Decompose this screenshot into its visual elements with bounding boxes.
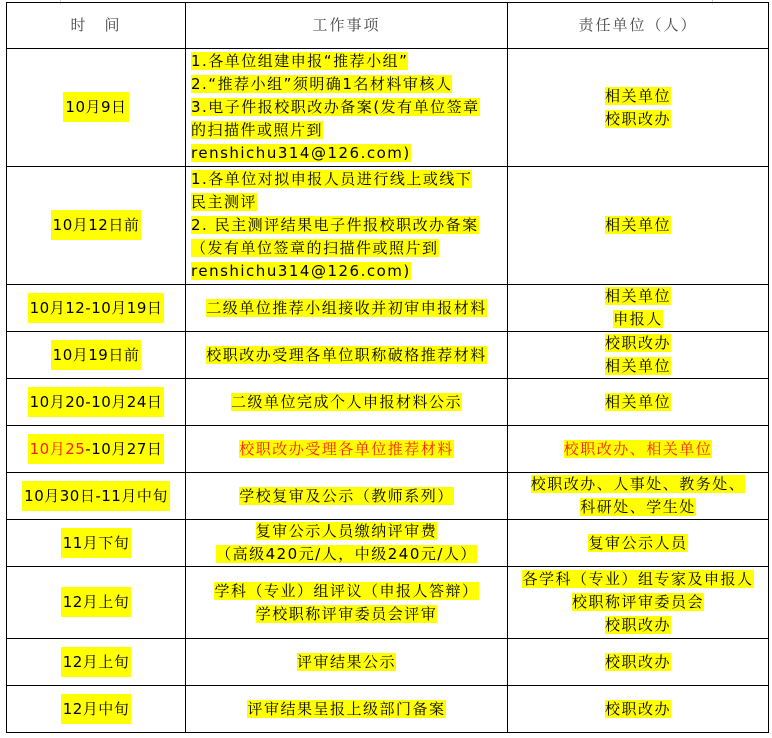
task-line-text: 评审结果公示 <box>297 653 396 671</box>
owner-line: 科研处、学生处 <box>508 496 768 519</box>
cell-owner: 复审公示人员 <box>508 520 769 567</box>
cell-owner: 校职改办、人事处、教务处、科研处、学生处 <box>508 473 769 520</box>
owner-line-text: 校职改办、相关单位 <box>564 440 713 458</box>
time-text: 10月9日 <box>63 92 128 122</box>
cell-time: 10月9日 <box>7 49 186 167</box>
owner-line: 相关单位 <box>508 355 768 378</box>
table-row: 10月30日-11月中旬学校复审及公示（教师系列）校职改办、人事处、教务处、科研… <box>7 473 769 520</box>
task-line-text: renshichu314@126.com) <box>191 144 411 162</box>
task-line-text: （高级420元/人，中级240元/人） <box>216 545 477 563</box>
task-line-text: 学科（专业）组评议（申报人答辩） <box>214 582 478 600</box>
cell-task: 二级单位完成个人申报材料公示 <box>186 379 508 426</box>
owner-line: 校职改办 <box>508 614 768 637</box>
cell-time: 12月中旬 <box>7 686 186 733</box>
owner-line: 相关单位 <box>508 214 768 237</box>
task-line-text: 二级单位推荐小组接收并初审申报材料 <box>206 299 487 317</box>
cell-time: 12月上旬 <box>7 639 186 686</box>
task-line: 校职改办受理各单位推荐材料 <box>186 438 507 461</box>
task-line-text: 二级单位完成个人申报材料公示 <box>231 393 462 411</box>
task-line-text: 3.电子件报校职改办备案(发有单位签章 <box>191 98 480 116</box>
owner-line: 校职改办 <box>508 332 768 355</box>
owner-line: 相关单位 <box>508 391 768 414</box>
task-line-text: renshichu314@126.com) <box>191 262 411 280</box>
owner-line-text: 相关单位 <box>605 393 671 411</box>
table-row: 10月12日前1.各单位对拟申报人员进行线上或线下民主测评2. 民主测评结果电子… <box>7 167 769 285</box>
task-line: 评审结果公示 <box>186 651 507 674</box>
owner-line-text: 校职改办 <box>605 110 671 128</box>
time-text: 10月12日前 <box>51 210 142 240</box>
task-line: （发有单位签章的扫描件或照片到 <box>191 237 507 260</box>
table-row: 12月上旬学科（专业）组评议（申报人答辩）学校职称评审委员会评审各学科（专业）组… <box>7 567 769 639</box>
header-row: 时 间 工作事项 责任单位（人） <box>7 3 769 49</box>
cell-task: 1.各单位对拟申报人员进行线上或线下民主测评2. 民主测评结果电子件报校职改办备… <box>186 167 508 285</box>
owner-line: 相关单位 <box>508 85 768 108</box>
task-line: 学校职称评审委员会评审 <box>186 603 507 626</box>
cell-owner: 相关单位申报人 <box>508 285 769 332</box>
cell-time: 10月19日前 <box>7 332 186 379</box>
task-line: renshichu314@126.com) <box>191 260 507 283</box>
cell-time: 11月下旬 <box>7 520 186 567</box>
cell-task: 二级单位推荐小组接收并初审申报材料 <box>186 285 508 332</box>
owner-line: 校职称评审委员会 <box>508 591 768 614</box>
task-line-text: 1.各单位对拟申报人员进行线上或线下 <box>191 170 472 188</box>
cell-owner: 校职改办 <box>508 686 769 733</box>
task-line: 校职改办受理各单位职称破格推荐材料 <box>186 344 507 367</box>
owner-line-text: 校职称评审委员会 <box>572 593 704 611</box>
owner-line-text: 申报人 <box>613 310 663 328</box>
owner-line-text: 科研处、学生处 <box>580 498 696 516</box>
task-line-text: （发有单位签章的扫描件或照片到 <box>191 239 439 257</box>
task-line: 评审结果呈报上级部门备案 <box>186 698 507 721</box>
task-line-text: 学校职称评审委员会评审 <box>256 605 438 623</box>
header-owner: 责任单位（人） <box>508 3 769 49</box>
owner-line-text: 相关单位 <box>605 216 671 234</box>
time-text-part: -10月27日 <box>85 440 162 458</box>
time-text: 10月12-10月19日 <box>28 293 165 323</box>
cell-owner: 校职改办相关单位 <box>508 332 769 379</box>
cell-task: 1.各单位组建申报“推荐小组”2.“推荐小组”须明确1名材料审核人3.电子件报校… <box>186 49 508 167</box>
table-row: 10月9日1.各单位组建申报“推荐小组”2.“推荐小组”须明确1名材料审核人3.… <box>7 49 769 167</box>
owner-line-text: 相关单位 <box>605 357 671 375</box>
task-line-text: 2. 民主测评结果电子件报校职改办备案 <box>191 216 479 234</box>
cell-task: 学校复审及公示（教师系列） <box>186 473 508 520</box>
task-line-text: 2.“推荐小组”须明确1名材料审核人 <box>191 75 452 93</box>
time-text-part: 10月25 <box>30 440 86 458</box>
cell-time: 10月25-10月27日 <box>7 426 186 473</box>
table-row: 10月19日前校职改办受理各单位职称破格推荐材料校职改办相关单位 <box>7 332 769 379</box>
cell-owner: 校职改办、相关单位 <box>508 426 769 473</box>
owner-line: 各学科（专业）组专家及申报人 <box>508 568 768 591</box>
schedule-table: 时 间 工作事项 责任单位（人） 10月9日1.各单位组建申报“推荐小组”2.“… <box>6 2 769 733</box>
cell-task: 学科（专业）组评议（申报人答辩）学校职称评审委员会评审 <box>186 567 508 639</box>
owner-line: 校职改办 <box>508 651 768 674</box>
table-row: 10月20-10月24日二级单位完成个人申报材料公示相关单位 <box>7 379 769 426</box>
cell-time: 10月20-10月24日 <box>7 379 186 426</box>
task-line: 的扫描件或照片到 <box>191 119 507 142</box>
time-text: 10月25-10月27日 <box>28 434 165 464</box>
cell-time: 10月12日前 <box>7 167 186 285</box>
table-row: 11月下旬复审公示人员缴纳评审费（高级420元/人，中级240元/人）复审公示人… <box>7 520 769 567</box>
cell-task: 评审结果公示 <box>186 639 508 686</box>
task-line-text: 复审公示人员缴纳评审费 <box>256 522 438 540</box>
cell-owner: 相关单位校职改办 <box>508 49 769 167</box>
task-line-text: 的扫描件或照片到 <box>191 121 323 139</box>
time-text: 11月下旬 <box>61 528 132 558</box>
task-line: 民主测评 <box>191 191 507 214</box>
task-line-text: 评审结果呈报上级部门备案 <box>247 700 445 718</box>
cell-task: 复审公示人员缴纳评审费（高级420元/人，中级240元/人） <box>186 520 508 567</box>
owner-line: 申报人 <box>508 308 768 331</box>
cell-time: 10月30日-11月中旬 <box>7 473 186 520</box>
owner-line-text: 校职改办 <box>605 616 671 634</box>
owner-line-text: 相关单位 <box>605 287 671 305</box>
owner-line-text: 复审公示人员 <box>588 534 687 552</box>
task-line: 学校复审及公示（教师系列） <box>186 485 507 508</box>
task-line: 二级单位完成个人申报材料公示 <box>186 391 507 414</box>
owner-line-text: 校职改办 <box>605 653 671 671</box>
table-row: 12月上旬评审结果公示校职改办 <box>7 639 769 686</box>
schedule-body: 10月9日1.各单位组建申报“推荐小组”2.“推荐小组”须明确1名材料审核人3.… <box>7 49 769 733</box>
header-task: 工作事项 <box>186 3 508 49</box>
cell-task: 校职改办受理各单位推荐材料 <box>186 426 508 473</box>
task-line: 2. 民主测评结果电子件报校职改办备案 <box>191 214 507 237</box>
time-text: 10月19日前 <box>51 340 142 370</box>
owner-line-text: 相关单位 <box>605 87 671 105</box>
task-line-text: 校职改办受理各单位推荐材料 <box>239 440 454 458</box>
task-line: renshichu314@126.com) <box>191 142 507 165</box>
time-text: 12月上旬 <box>61 647 132 677</box>
owner-line: 相关单位 <box>508 285 768 308</box>
time-text: 10月30日-11月中旬 <box>22 481 170 511</box>
cell-owner: 各学科（专业）组专家及申报人校职称评审委员会校职改办 <box>508 567 769 639</box>
cell-owner: 相关单位 <box>508 379 769 426</box>
task-line: 复审公示人员缴纳评审费 <box>186 520 507 543</box>
cell-task: 校职改办受理各单位职称破格推荐材料 <box>186 332 508 379</box>
owner-line-text: 校职改办、人事处、教务处、 <box>531 475 746 493</box>
owner-line-text: 校职改办 <box>605 700 671 718</box>
task-line: （高级420元/人，中级240元/人） <box>186 543 507 566</box>
task-line: 1.各单位组建申报“推荐小组” <box>191 50 507 73</box>
cell-owner: 相关单位 <box>508 167 769 285</box>
task-line-text: 1.各单位组建申报“推荐小组” <box>191 52 408 70</box>
cell-task: 评审结果呈报上级部门备案 <box>186 686 508 733</box>
task-line: 1.各单位对拟申报人员进行线上或线下 <box>191 168 507 191</box>
task-line: 二级单位推荐小组接收并初审申报材料 <box>186 297 507 320</box>
table-row: 12月中旬评审结果呈报上级部门备案校职改办 <box>7 686 769 733</box>
time-text: 12月中旬 <box>61 694 132 724</box>
task-line: 学科（专业）组评议（申报人答辩） <box>186 580 507 603</box>
table-row: 10月12-10月19日二级单位推荐小组接收并初审申报材料相关单位申报人 <box>7 285 769 332</box>
owner-line: 复审公示人员 <box>508 532 768 555</box>
time-text: 12月上旬 <box>61 587 132 617</box>
time-text: 10月20-10月24日 <box>28 387 165 417</box>
owner-line: 校职改办 <box>508 698 768 721</box>
task-line: 2.“推荐小组”须明确1名材料审核人 <box>191 73 507 96</box>
task-line-text: 校职改办受理各单位职称破格推荐材料 <box>206 346 487 364</box>
owner-line-text: 各学科（专业）组专家及申报人 <box>522 570 753 588</box>
task-line: 3.电子件报校职改办备案(发有单位签章 <box>191 96 507 119</box>
cell-time: 12月上旬 <box>7 567 186 639</box>
owner-line: 校职改办、人事处、教务处、 <box>508 473 768 496</box>
owner-line: 校职改办 <box>508 108 768 131</box>
cell-owner: 校职改办 <box>508 639 769 686</box>
owner-line: 校职改办、相关单位 <box>508 438 768 461</box>
owner-line-text: 校职改办 <box>605 334 671 352</box>
cell-time: 10月12-10月19日 <box>7 285 186 332</box>
table-row: 10月25-10月27日校职改办受理各单位推荐材料校职改办、相关单位 <box>7 426 769 473</box>
task-line-text: 学校复审及公示（教师系列） <box>239 487 454 505</box>
task-line-text: 民主测评 <box>191 193 257 211</box>
header-time: 时 间 <box>7 3 186 49</box>
